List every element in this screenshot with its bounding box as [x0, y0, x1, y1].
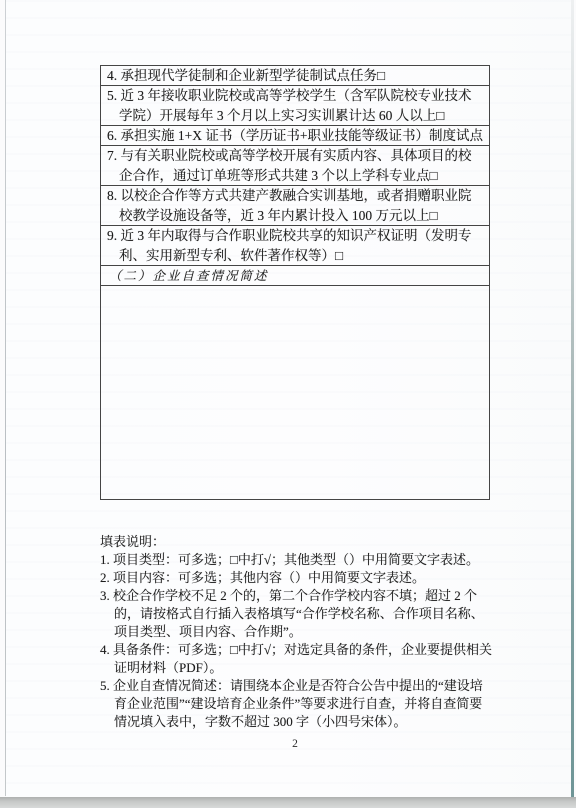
page-left-edge — [5, 0, 6, 796]
instruction-item-4: 4. 具备条件：可多选；□中打√；对选定具备的条件，企业要提供相关证明材料（PD… — [100, 641, 494, 677]
page-right-edge — [571, 0, 574, 797]
form-filling-instructions: 填表说明： 1. 项目类型：可多选；□中打√；其他类型（）中用简要文字表述。 2… — [100, 533, 494, 731]
table-row-condition-8: 8. 以校企合作等方式共建产教融合实训基地，或者捐赠职业院校教学设施设备等，近 … — [101, 186, 489, 226]
scanned-document-background: 4. 承担现代学徒制和企业新型学徒制试点任务□ 5. 近 3 年接收职业院校或高… — [0, 0, 576, 808]
condition-8-text: 8. 以校企合作等方式共建产教融合实训基地，或者捐赠职业院校教学设施设备等，近 … — [107, 186, 484, 226]
condition-5-text: 5. 近 3 年接收职业院校或高等学校学生（含军队院校专业技术学院）开展每年 3… — [107, 86, 484, 126]
self-check-blank-area — [101, 286, 489, 499]
page-bottom-edge — [0, 797, 576, 808]
instruction-item-3: 3. 校企合作学校不足 2 个的，第二个合作学校内容不填；超过 2 个的，请按格… — [100, 587, 494, 641]
table-row-condition-5: 5. 近 3 年接收职业院校或高等学校学生（含军队院校专业技术学院）开展每年 3… — [101, 86, 489, 126]
instruction-item-2: 2. 项目内容：可多选；其他内容（）中用简要文字表述。 — [100, 569, 494, 587]
condition-7-text: 7. 与有关职业院校或高等学校开展有实质内容、具体项目的校企合作，通过订单班等形… — [107, 146, 484, 186]
condition-6-text: 6. 承担实施 1+X 证书（学历证书+职业技能等级证书）制度试点任务□ — [107, 126, 484, 146]
instructions-title: 填表说明： — [100, 533, 494, 551]
section-header-text: （二）企业自查情况简述 — [109, 269, 269, 283]
condition-9-text: 9. 近 3 年内取得与合作职业院校共享的知识产权证明（发明专利、实用新型专利、… — [107, 226, 484, 266]
section-header-self-check: （二）企业自查情况简述 — [101, 266, 489, 286]
table-row-condition-4: 4. 承担现代学徒制和企业新型学徒制试点任务□ — [101, 66, 489, 86]
conditions-table: 4. 承担现代学徒制和企业新型学徒制试点任务□ 5. 近 3 年接收职业院校或高… — [100, 65, 490, 500]
condition-4-text: 4. 承担现代学徒制和企业新型学徒制试点任务□ — [107, 66, 484, 86]
table-row-condition-7: 7. 与有关职业院校或高等学校开展有实质内容、具体项目的校企合作，通过订单班等形… — [101, 146, 489, 186]
table-row-condition-9: 9. 近 3 年内取得与合作职业院校共享的知识产权证明（发明专利、实用新型专利、… — [101, 226, 489, 266]
instruction-item-1: 1. 项目类型：可多选；□中打√；其他类型（）中用简要文字表述。 — [100, 551, 494, 569]
page-number: 2 — [100, 738, 490, 750]
table-row-condition-6: 6. 承担实施 1+X 证书（学历证书+职业技能等级证书）制度试点任务□ — [101, 126, 489, 146]
instruction-item-5: 5. 企业自查情况简述：请围绕本企业是否符合公告中提出的“建设培育企业范围”“建… — [100, 677, 494, 731]
